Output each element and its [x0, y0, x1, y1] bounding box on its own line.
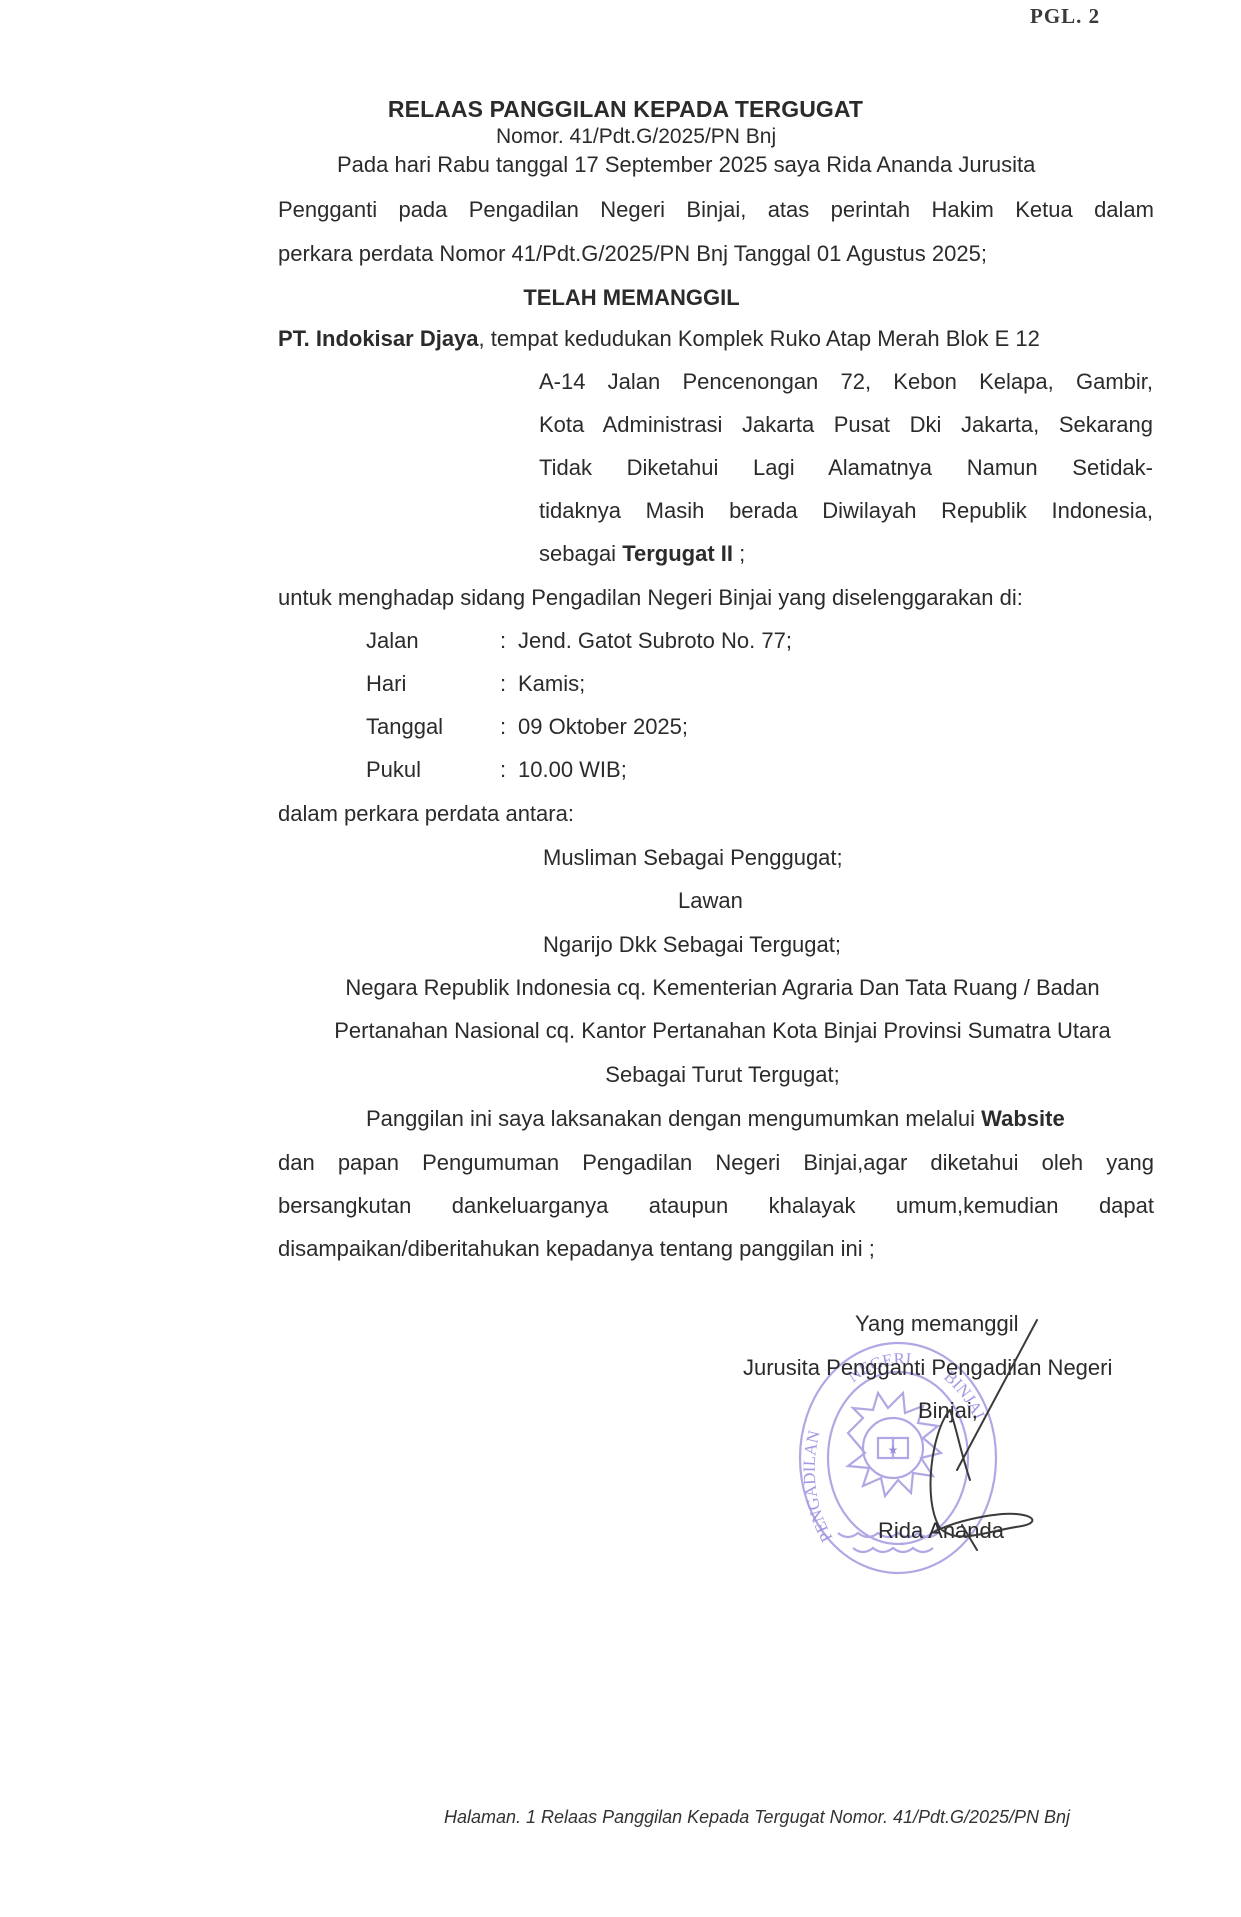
- co-defendant-line-2: Pertanahan Nasional cq. Kantor Pertanaha…: [200, 1018, 1241, 1044]
- signature-title-line-2: Binjai,: [918, 1398, 978, 1424]
- opening-line-2: Pengganti pada Pengadilan Negeri Binjai,…: [278, 197, 1154, 223]
- case-versus: Lawan: [678, 888, 743, 914]
- case-plaintiff: Musliman Sebagai Penggugat;: [543, 845, 843, 871]
- schedule-label: Tanggal: [366, 714, 488, 740]
- opening-line-3: perkara perdata Nomor 41/Pdt.G/2025/PN B…: [278, 241, 987, 267]
- co-defendant-line-1: Negara Republik Indonesia cq. Kementeria…: [200, 975, 1241, 1001]
- party-first-line: PT. Indokisar Djaya, tempat kedudukan Ko…: [278, 326, 1040, 352]
- schedule-row-hari: Hari:Kamis;: [366, 671, 585, 697]
- party-address-line-3-text: Tidak Diketahui Lagi Alamatnya Namun Set…: [539, 455, 1153, 481]
- signature-title-line-1: Jurusita Pengganti Pengadilan Negeri: [743, 1355, 1112, 1381]
- party-address-line-1-text: A-14 Jalan Pencenongan 72, Kebon Kelapa,…: [539, 369, 1153, 395]
- closing-line-2-text: dan papan Pengumuman Pengadilan Negeri B…: [278, 1150, 1154, 1176]
- party-address-line-3: Tidak Diketahui Lagi Alamatnya Namun Set…: [539, 455, 1153, 481]
- schedule-label: Hari: [366, 671, 488, 697]
- stamp-text-left: PENGADILAN: [800, 1429, 837, 1546]
- opening-line-2-text: Pengganti pada Pengadilan Negeri Binjai,…: [278, 197, 1154, 223]
- schedule-value: 10.00 WIB;: [518, 757, 627, 783]
- hearing-intro: untuk menghadap sidang Pengadilan Negeri…: [278, 585, 1023, 611]
- case-number: Nomor. 41/Pdt.G/2025/PN Bnj: [496, 125, 776, 149]
- closing-line-2: dan papan Pengumuman Pengadilan Negeri B…: [278, 1150, 1154, 1176]
- closing-line-3: bersangkutan dankeluarganya ataupun khal…: [278, 1193, 1154, 1219]
- schedule-label: Pukul: [366, 757, 488, 783]
- schedule-row-tanggal: Tanggal:09 Oktober 2025;: [366, 714, 688, 740]
- closing-bold-word: Wabsite: [981, 1106, 1065, 1131]
- signature-caller: Yang memanggil: [855, 1311, 1018, 1337]
- party-role-suffix: ;: [733, 541, 745, 566]
- page-code: PGL. 2: [1030, 4, 1100, 29]
- schedule-colon: :: [488, 671, 518, 697]
- party-address-start: , tempat kedudukan Komplek Ruko Atap Mer…: [479, 326, 1040, 351]
- party-name: PT. Indokisar Djaya: [278, 326, 479, 351]
- party-address-line-1: A-14 Jalan Pencenongan 72, Kebon Kelapa,…: [539, 369, 1153, 395]
- schedule-value: Kamis;: [518, 671, 585, 697]
- closing-line-4: disampaikan/diberitahukan kepadanya tent…: [278, 1236, 875, 1262]
- party-role-prefix: sebagai: [539, 541, 622, 566]
- schedule-row-jalan: Jalan:Jend. Gatot Subroto No. 77;: [366, 628, 792, 654]
- subheading: TELAH MEMANGGIL: [0, 285, 1241, 311]
- opening-line-1: Pada hari Rabu tanggal 17 September 2025…: [337, 152, 1035, 178]
- case-intro: dalam perkara perdata antara:: [278, 801, 574, 827]
- schedule-colon: :: [488, 628, 518, 654]
- closing-line-3-text: bersangkutan dankeluarganya ataupun khal…: [278, 1193, 1154, 1219]
- schedule-colon: :: [488, 714, 518, 740]
- case-defendant: Ngarijo Dkk Sebagai Tergugat;: [543, 932, 841, 958]
- party-role: sebagai Tergugat II ;: [539, 541, 745, 567]
- co-defendant-role: Sebagai Turut Tergugat;: [200, 1062, 1241, 1088]
- schedule-colon: :: [488, 757, 518, 783]
- document-title: RELAAS PANGGILAN KEPADA TERGUGAT: [0, 96, 1241, 123]
- party-address-line-2-text: Kota Administrasi Jakarta Pusat Dki Jaka…: [539, 412, 1153, 438]
- page-footer: Halaman. 1 Relaas Panggilan Kepada Tergu…: [444, 1807, 1070, 1828]
- closing-line-1: Panggilan ini saya laksanakan dengan men…: [366, 1106, 1065, 1132]
- svg-text:★: ★: [888, 1443, 899, 1457]
- schedule-label: Jalan: [366, 628, 488, 654]
- closing-line-1-text: Panggilan ini saya laksanakan dengan men…: [366, 1106, 981, 1131]
- schedule-value: 09 Oktober 2025;: [518, 714, 688, 740]
- party-role-label: Tergugat II: [622, 541, 733, 566]
- party-address-line-4: tidaknya Masih berada Diwilayah Republik…: [539, 498, 1153, 524]
- signature-name: Rida Ananda: [878, 1518, 1004, 1544]
- schedule-value: Jend. Gatot Subroto No. 77;: [518, 628, 792, 654]
- party-address-line-2: Kota Administrasi Jakarta Pusat Dki Jaka…: [539, 412, 1153, 438]
- party-address-line-4-text: tidaknya Masih berada Diwilayah Republik…: [539, 498, 1153, 524]
- schedule-row-pukul: Pukul:10.00 WIB;: [366, 757, 627, 783]
